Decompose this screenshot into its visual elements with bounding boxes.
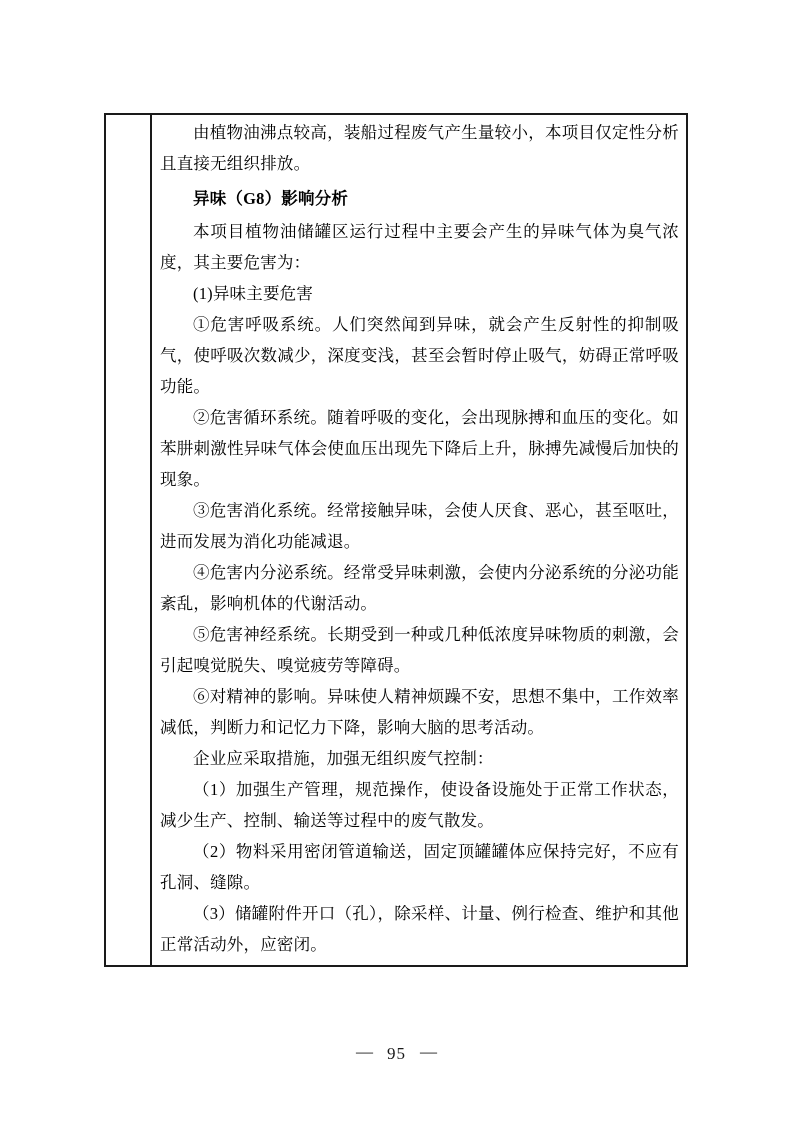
- paragraph: ①危害呼吸系统。人们突然闻到异味，就会产生反射性的抑制吸气，使呼吸次数减少，深度…: [160, 309, 679, 402]
- paragraph: 企业应采取措施，加强无组织废气控制：: [160, 743, 679, 774]
- paragraph: ④危害内分泌系统。经常受异味刺激，会使内分泌系统的分泌功能紊乱，影响机体的代谢活…: [160, 557, 679, 619]
- content-paragraphs: 由植物油沸点较高，装船过程废气产生量较小，本项目仅定性分析且直接无组织排放。异味…: [160, 117, 679, 965]
- paragraph: ③危害消化系统。经常接触异味，会使人厌食、恶心，甚至呕吐，进而发展为消化功能减退…: [160, 495, 679, 557]
- paragraph: ⑥对精神的影响。异味使人精神烦躁不安，思想不集中，工作效率减低，判断力和记忆力下…: [160, 681, 679, 743]
- footer-dash-right: —: [420, 1042, 437, 1062]
- content-table: 由植物油沸点较高，装船过程废气产生量较小，本项目仅定性分析且直接无组织排放。异味…: [104, 113, 688, 967]
- paragraph: （3）储罐附件开口（孔），除采样、计量、例行检查、维护和其他正常活动外，应密闭。: [160, 898, 679, 960]
- section-heading: 异味（G8）影响分析: [160, 183, 679, 214]
- table-stub-cell: [106, 115, 152, 965]
- paragraph: 本项目植物油储罐区运行过程中主要会产生的异味气体为臭气浓度，其主要危害为：: [160, 216, 679, 278]
- paragraph: ⑤危害神经系统。长期受到一种或几种低浓度异味物质的刺激，会引起嗅觉脱失、嗅觉疲劳…: [160, 619, 679, 681]
- paragraph: ②危害循环系统。随着呼吸的变化，会出现脉搏和血压的变化。如苯肼刺激性异味气体会使…: [160, 402, 679, 495]
- page-number: 95: [387, 1044, 406, 1064]
- page-footer: —95—: [0, 1044, 793, 1064]
- paragraph: （4）定期检查呼吸阀的定压是否符合设定要求。: [160, 960, 679, 965]
- paragraph: （1）加强生产管理，规范操作，使设备设施处于正常工作状态，减少生产、控制、输送等…: [160, 774, 679, 836]
- table-content-cell: 由植物油沸点较高，装船过程废气产生量较小，本项目仅定性分析且直接无组织排放。异味…: [152, 115, 686, 965]
- document-page: 由植物油沸点较高，装船过程废气产生量较小，本项目仅定性分析且直接无组织排放。异味…: [0, 0, 793, 1122]
- paragraph: （2）物料采用密闭管道输送，固定顶罐罐体应保持完好，不应有孔洞、缝隙。: [160, 836, 679, 898]
- paragraph: 由植物油沸点较高，装船过程废气产生量较小，本项目仅定性分析且直接无组织排放。: [160, 117, 679, 179]
- footer-dash-left: —: [356, 1042, 373, 1062]
- paragraph: (1)异味主要危害: [160, 278, 679, 309]
